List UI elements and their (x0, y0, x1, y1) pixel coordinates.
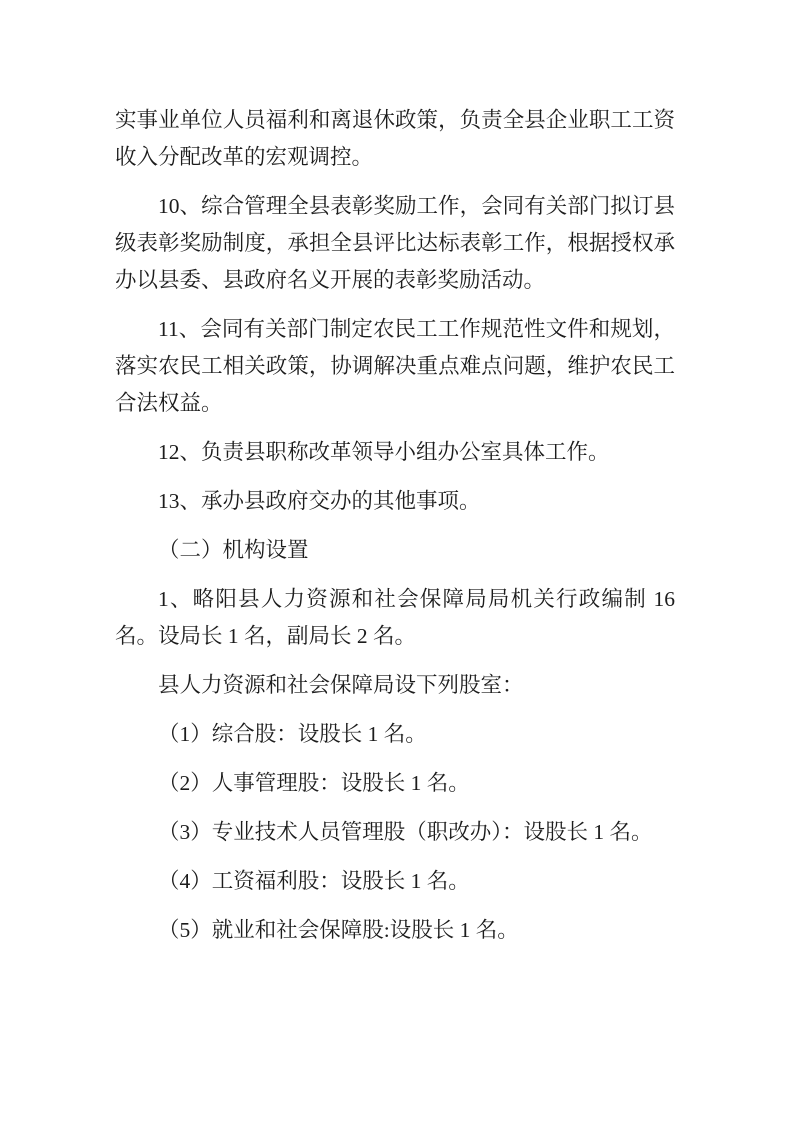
paragraph-item-13-other-matters: 13、承办县政府交办的其他事项。 (115, 483, 675, 520)
document-page: 实事业单位人员福利和离退休政策，负责全县企业职工工资收入分配改革的宏观调控。 1… (0, 0, 793, 1122)
paragraph-continuation-wage-policy: 实事业单位人员福利和离退休政策，负责全县企业职工工资收入分配改革的宏观调控。 (115, 102, 675, 176)
paragraph-section-3-professional: （3）专业技术人员管理股（职改办）：设股长 1 名。 (115, 814, 675, 851)
paragraph-section-4-wages-welfare: （4）工资福利股：设股长 1 名。 (115, 863, 675, 900)
paragraph-section-1-general: （1）综合股：设股长 1 名。 (115, 716, 675, 753)
document-body: 实事业单位人员福利和离退休政策，负责全县企业职工工资收入分配改革的宏观调控。 1… (0, 0, 793, 1122)
section-heading-organization-setup: （二）机构设置 (115, 532, 675, 569)
paragraph-section-5-employment-social-security: （5）就业和社会保障股:设股长 1 名。 (115, 912, 675, 949)
paragraph-section-2-personnel: （2）人事管理股：设股长 1 名。 (115, 765, 675, 802)
paragraph-item-10-commendation: 10、综合管理全县表彰奖励工作，会同有关部门拟订县级表彰奖励制度，承担全县评比达… (115, 188, 675, 299)
paragraph-staffing-quota: 1、略阳县人力资源和社会保障局局机关行政编制 16 名。设局长 1 名，副局长 … (115, 581, 675, 655)
paragraph-sections-intro: 县人力资源和社会保障局设下列股室： (115, 667, 675, 704)
paragraph-item-12-title-reform: 12、负责县职称改革领导小组办公室具体工作。 (115, 434, 675, 471)
paragraph-item-11-migrant-workers: 11、会同有关部门制定农民工工作规范性文件和规划，落实农民工相关政策，协调解决重… (115, 311, 675, 422)
